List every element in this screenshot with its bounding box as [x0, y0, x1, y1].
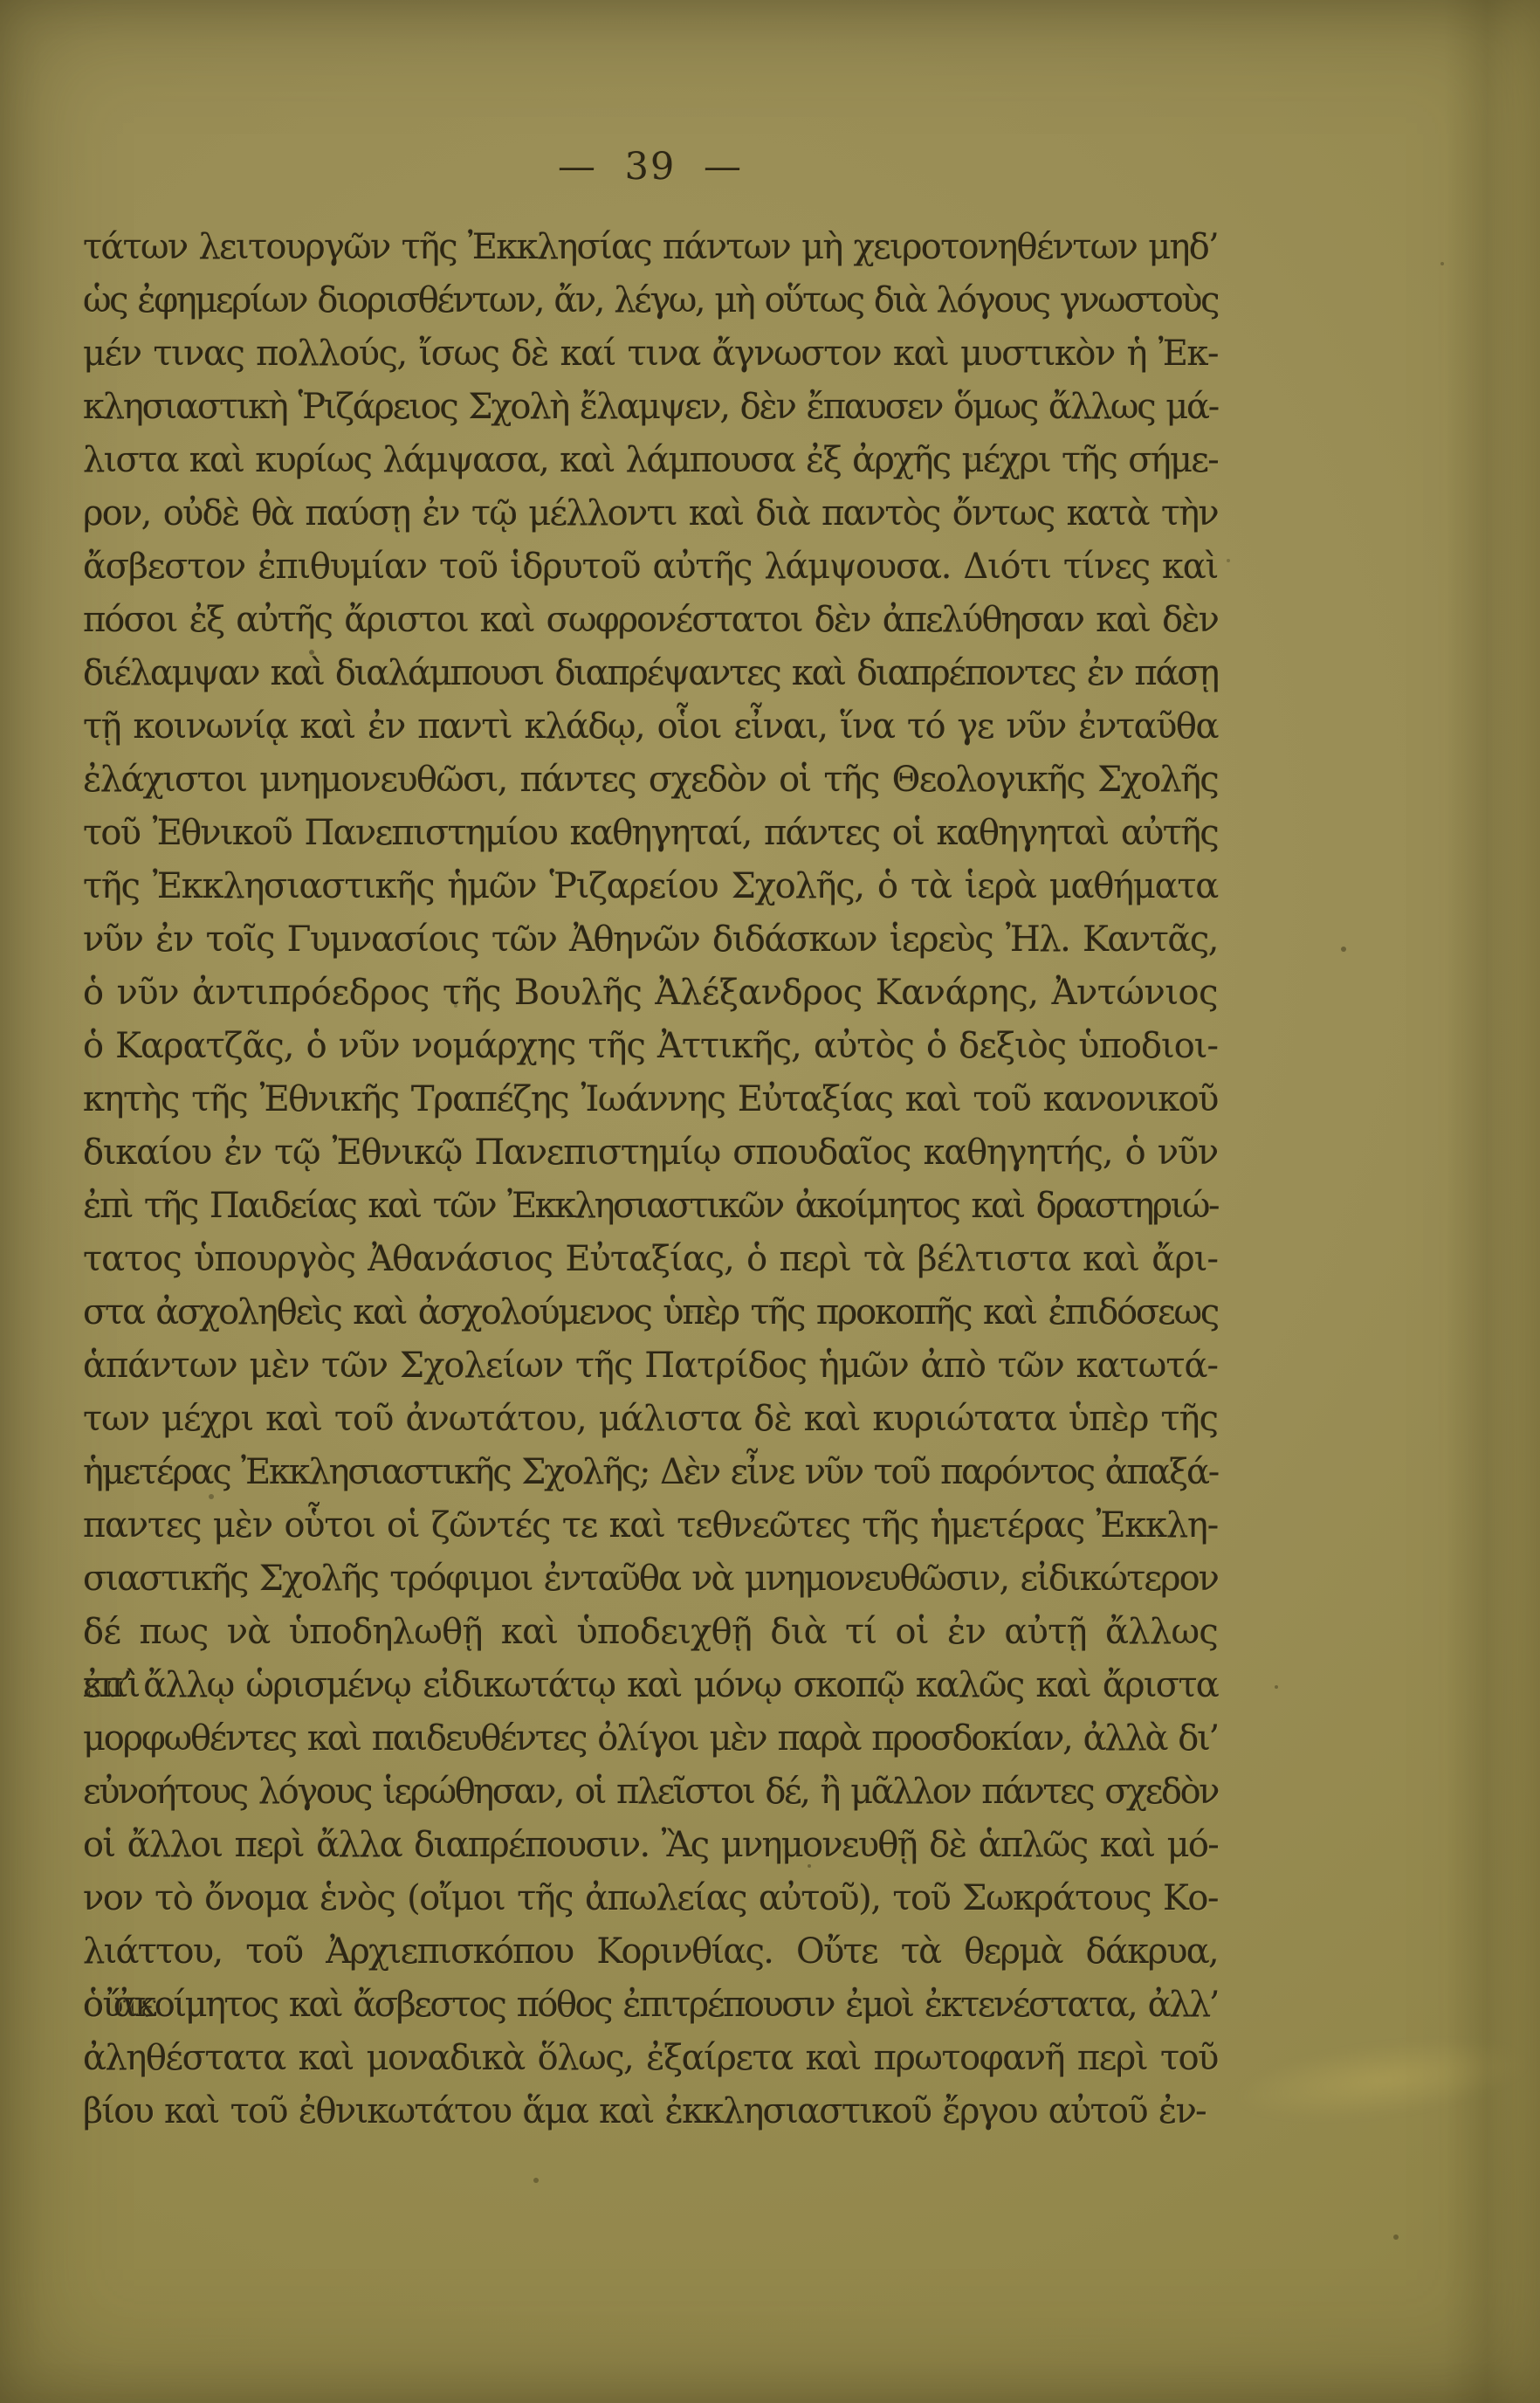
text-line: ὡς ἐφημερίων διορισθέντων, ἄν, λέγω, μὴ … [83, 274, 1218, 327]
text-line: ἄσβεστον ἐπιθυμίαν τοῦ ἱδρυτοῦ αὐτῆς λάμ… [83, 541, 1218, 594]
text-line: παντες μὲν οὗτοι οἱ ζῶντές τε καὶ τεθνεῶ… [83, 1499, 1218, 1553]
text-line: μέν τινας πολλούς, ἴσως δὲ καί τινα ἄγνω… [83, 327, 1218, 381]
page-number: — 39 — [83, 145, 1218, 189]
text-line: λιστα καὶ κυρίως λάμψασα, καὶ λάμπουσα ἐ… [83, 434, 1218, 487]
text-line: ὁ ἀκοίμητος καὶ ἄσβεστος πόθος ἐπιτρέπου… [83, 1979, 1218, 2032]
text-line: λιάττου, τοῦ Ἀρχιεπισκόπου Κορινθίας. Οὔ… [83, 1925, 1218, 1979]
body-text: τάτων λειτουργῶν τῆς Ἐκκλησίας πάντων μὴ… [83, 221, 1218, 2138]
text-line: τῇ κοινωνίᾳ καὶ ἐν παντὶ κλάδῳ, οἷοι εἶν… [83, 700, 1218, 754]
text-line: ὁ νῦν ἀντιπρόεδρος τῆς Βουλῆς Ἀλέξανδρος… [83, 967, 1218, 1020]
text-line: ἀληθέστατα καὶ μοναδικὰ ὅλως, ἐξαίρετα κ… [83, 2032, 1218, 2085]
text-line: ὁ Καρατζᾶς, ὁ νῦν νομάρχης τῆς Ἀττικῆς, … [83, 1020, 1218, 1073]
text-line: ἡμετέρας Ἐκκλησιαστικῆς Σχολῆς; Δὲν εἶνε… [83, 1446, 1218, 1499]
text-line: δέ πως νὰ ὑποδηλωθῇ καὶ ὑποδειχθῇ διὰ τί… [83, 1606, 1218, 1659]
text-line: τατος ὑπουργὸς Ἀθανάσιος Εὐταξίας, ὁ περ… [83, 1233, 1218, 1286]
text-line: ἐπὶ τῆς Παιδείας καὶ τῶν Ἐκκλησιαστικῶν … [83, 1180, 1218, 1233]
text-line: στα ἀσχοληθεὶς καὶ ἀσχολούμενος ὑπὲρ τῆς… [83, 1286, 1218, 1339]
text-line: νῦν ἐν τοῖς Γυμνασίοις τῶν Ἀθηνῶν διδάσκ… [83, 913, 1218, 967]
text-line: μορφωθέντες καὶ παιδευθέντες ὀλίγοι μὲν … [83, 1712, 1218, 1766]
text-line: διέλαμψαν καὶ διαλάμπουσι διαπρέψαντες κ… [83, 647, 1218, 700]
paper-stain [1231, 2028, 1534, 2133]
text-line: τῆς Ἐκκλησιαστικῆς ἡμῶν Ῥιζαρείου Σχολῆς… [83, 860, 1218, 913]
text-line: νον τὸ ὄνομα ἑνὸς (οἴμοι τῆς ἀπωλείας αὐ… [83, 1872, 1218, 1925]
paper-speckles [0, 0, 3, 3]
text-line: των μέχρι καὶ τοῦ ἀνωτάτου, μάλιστα δὲ κ… [83, 1393, 1218, 1446]
scanned-book-page: — 39 — τάτων λειτουργῶν τῆς Ἐκκλησίας πά… [0, 0, 1540, 2403]
text-line: εὐνοήτους λόγους ἱερώθησαν, οἱ πλεῖστοι … [83, 1766, 1218, 1819]
text-line: οἱ ἄλλοι περὶ ἄλλα διαπρέπουσιν. Ἂς μνημ… [83, 1819, 1218, 1872]
text-line: κλησιαστικὴ Ῥιζάρειος Σχολὴ ἔλαμψεν, δὲν… [83, 381, 1218, 434]
text-line: πόσοι ἐξ αὐτῆς ἄριστοι καὶ σωφρονέστατοι… [83, 594, 1218, 647]
text-line: δικαίου ἐν τῷ Ἐθνικῷ Πανεπιστημίῳ σπουδα… [83, 1126, 1218, 1180]
text-line: ἁπάντων μὲν τῶν Σχολείων τῆς Πατρίδος ἡμ… [83, 1339, 1218, 1393]
text-line: σιαστικῆς Σχολῆς τρόφιμοι ἐνταῦθα νὰ μνη… [83, 1553, 1218, 1606]
text-line: ἐπ’ ἄλλῳ ὡρισμένῳ εἰδικωτάτῳ καὶ μόνῳ σκ… [83, 1659, 1218, 1712]
text-line: κητὴς τῆς Ἐθνικῆς Τραπέζης Ἰωάννης Εὐταξ… [83, 1073, 1218, 1126]
text-line: ἐλάχιστοι μνημονευθῶσι, πάντες σχεδὸν οἱ… [83, 754, 1218, 807]
text-line: ρον, οὐδὲ θὰ παύσῃ ἐν τῷ μέλλοντι καὶ δι… [83, 487, 1218, 541]
text-line: τάτων λειτουργῶν τῆς Ἐκκλησίας πάντων μὴ… [83, 221, 1218, 274]
text-line: βίου καὶ τοῦ ἐθνικωτάτου ἅμα καὶ ἐκκλησι… [83, 2085, 1218, 2138]
page-edge-shading [1444, 0, 1540, 2403]
text-line: τοῦ Ἐθνικοῦ Πανεπιστημίου καθηγηταί, πάν… [83, 807, 1218, 860]
